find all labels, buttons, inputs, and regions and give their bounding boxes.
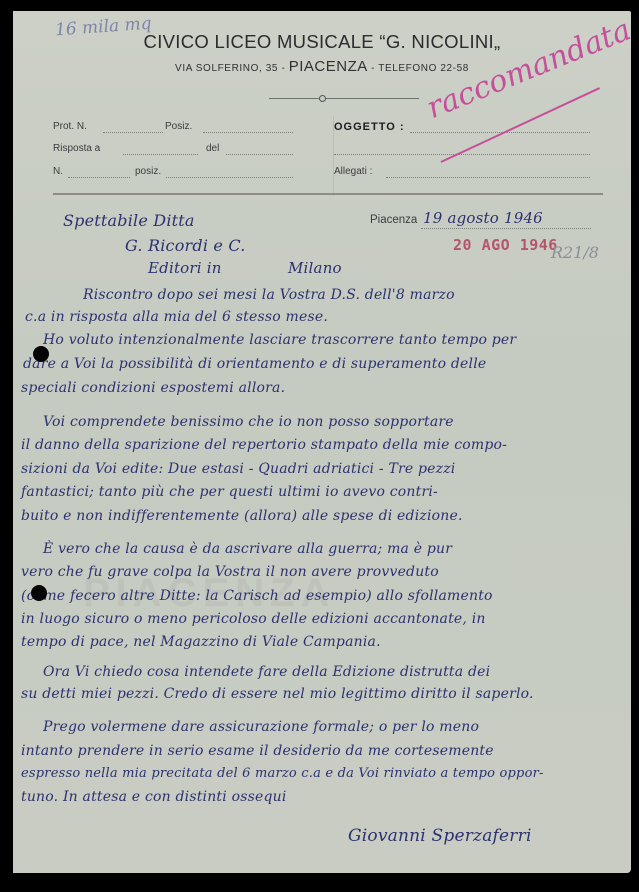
posiz-lower-label: posiz.	[135, 166, 161, 177]
del-field	[226, 153, 293, 155]
posiz-lower-field	[166, 176, 293, 178]
address-city: PIACENZA	[289, 58, 368, 75]
body-line: È vero che la causa è da ascrivare alla …	[43, 541, 452, 557]
recipient-line-2: G. Ricordi e C.	[125, 236, 246, 255]
place-label: Piacenza	[370, 214, 417, 226]
punch-hole	[31, 585, 47, 601]
body-line: Ora Vi chiedo cosa intendete fare della …	[43, 664, 490, 680]
signature: Giovanni Sperzaferri	[348, 826, 532, 846]
oggetto-label: OGGETTO :	[334, 121, 405, 133]
address-street: VIA SOLFERINO, 35 -	[175, 63, 289, 74]
recipient-line-1: Spettabile Ditta	[63, 211, 195, 230]
n-field	[68, 176, 130, 178]
body-line: Prego volermene dare assicurazione forma…	[43, 719, 479, 735]
body-line: vero che fu grave colpa la Vostra il non…	[21, 564, 439, 580]
allegati-field	[386, 176, 590, 178]
body-line: in luogo sicuro o meno pericoloso delle …	[21, 611, 486, 627]
risposta-a-field	[123, 153, 198, 155]
body-line: dare a Voi la possibilità di orientament…	[23, 356, 486, 372]
body-line: Ho voluto intenzionalmente lasciare tras…	[43, 332, 516, 348]
body-line: espresso nella mia precitata del 6 marzo…	[21, 766, 544, 781]
header-rule	[53, 193, 603, 195]
prot-n-label: Prot. N.	[53, 121, 87, 132]
body-line: (come fecero altre Ditte: la Carisch ad …	[21, 588, 493, 604]
ornament-divider	[269, 98, 419, 99]
n-label: N.	[53, 166, 63, 177]
letter-sheet: 16 mila mq CIVICO LICEO MUSICALE “G. NIC…	[13, 11, 631, 873]
body-line: speciali condizioni espostemi allora.	[21, 380, 285, 396]
ornament-dot	[319, 95, 326, 102]
body-line: fantastici; tanto più che per questi ult…	[21, 484, 438, 500]
body-line: su detti miei pezzi. Credo di essere nel…	[21, 686, 534, 702]
body-line: Riscontro dopo sei mesi la Vostra D.S. d…	[83, 287, 455, 303]
body-line: sizioni da Voi edite: Due estasi - Quadr…	[21, 461, 456, 477]
prot-n-field	[103, 131, 163, 133]
body-line: Voi comprendete benissimo che io non pos…	[43, 414, 454, 430]
recipient-city: Milano	[288, 259, 342, 277]
punch-hole	[33, 346, 49, 362]
letter-date: 19 agosto 1946	[423, 209, 543, 227]
body-line: c.a in risposta alla mia del 6 stesso me…	[25, 309, 328, 325]
body-line: tempo di pace, nel Magazzino di Viale Ca…	[21, 634, 381, 650]
recipient-line-3: Editori in	[148, 259, 222, 277]
received-stamp: 20 AGO 1946	[453, 236, 558, 254]
body-line: tuno. In attesa e con distinti ossequi	[21, 789, 287, 805]
reference-number: R21/8	[551, 243, 599, 262]
allegati-label: Allegati :	[334, 166, 372, 177]
body-line: il danno della sparizione del repertorio…	[21, 437, 507, 453]
posiz-field	[203, 131, 293, 133]
address-phone: - TELEFONO 22-58	[368, 63, 469, 74]
body-line: intanto prendere in serio esame il desid…	[21, 743, 494, 759]
del-label: del	[206, 143, 219, 154]
body-line: buito e non indifferentemente (allora) a…	[21, 508, 463, 524]
posiz-label: Posiz.	[165, 121, 192, 132]
date-field	[421, 227, 591, 229]
risposta-a-label: Risposta a	[53, 143, 100, 154]
